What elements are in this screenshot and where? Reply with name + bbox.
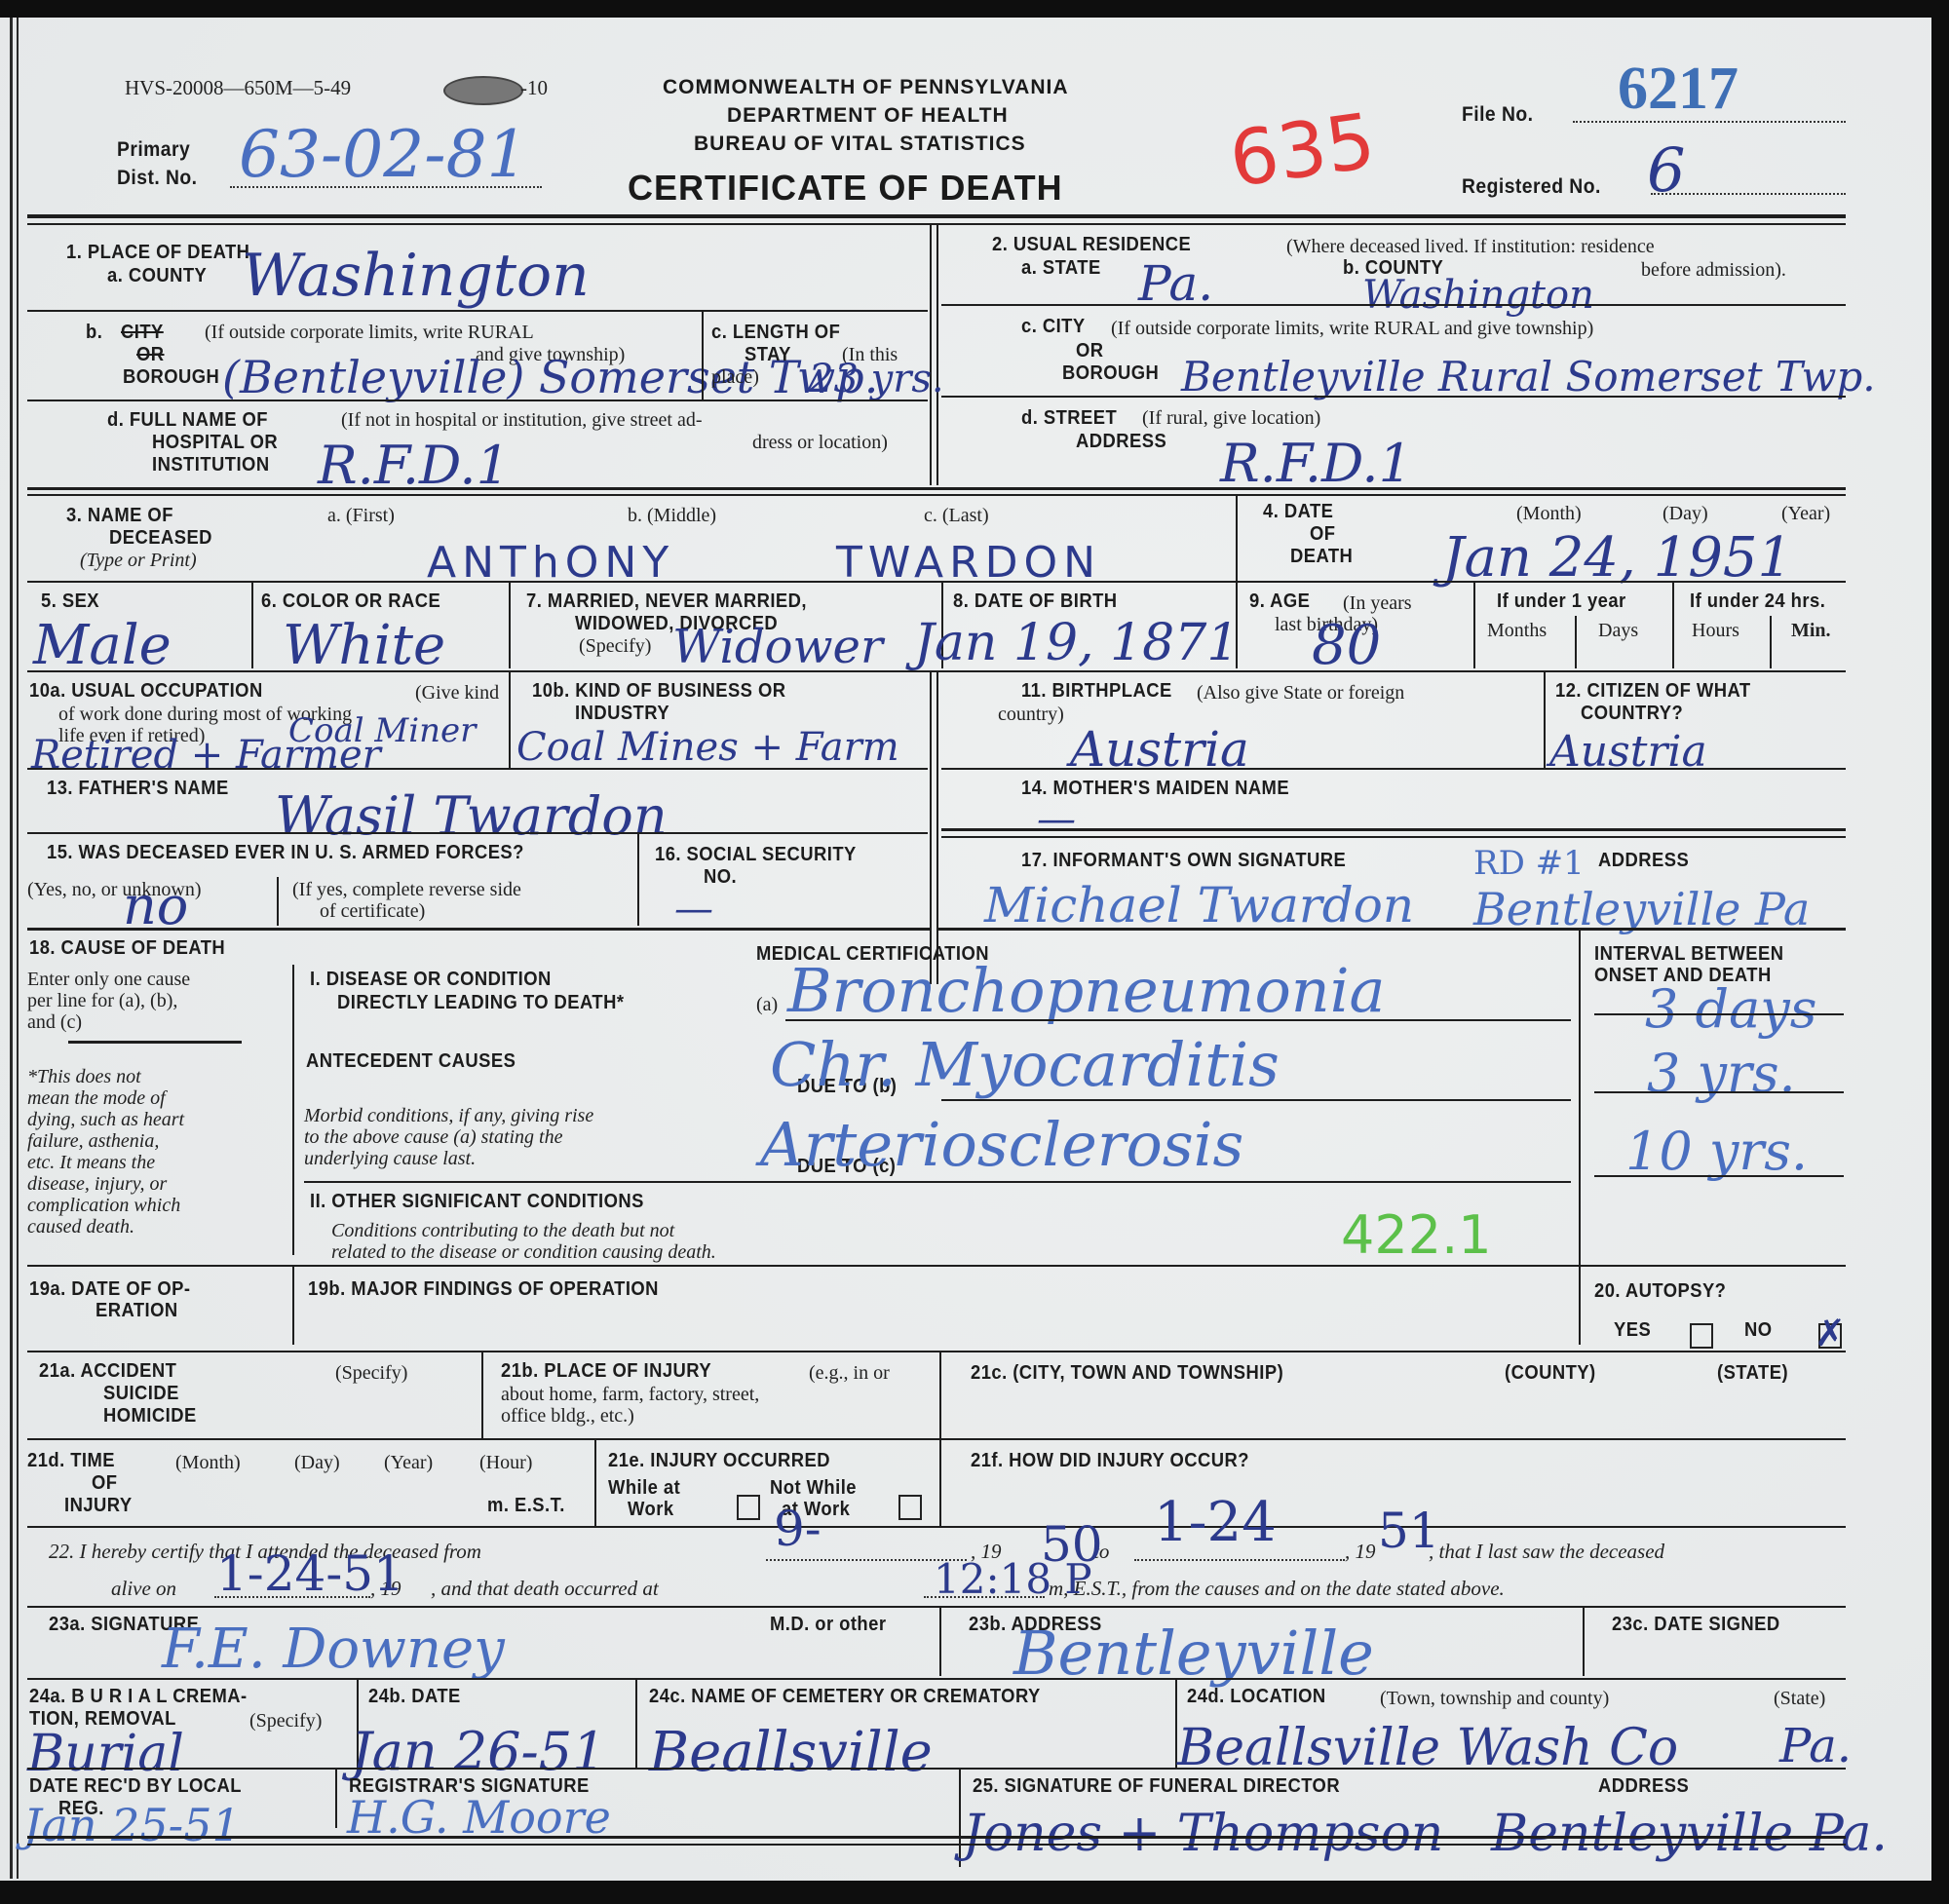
injury-place-label: 21b. PLACE OF INJURY — [501, 1360, 711, 1383]
rule — [68, 1041, 242, 1044]
business-label-2: INDUSTRY — [575, 703, 669, 725]
operation-date-label: 19a. DATE OF OP- — [29, 1278, 190, 1301]
funeral-address-label: ADDRESS — [1598, 1775, 1689, 1798]
middle-name-label: b. (Middle) — [628, 505, 716, 527]
divider — [292, 965, 294, 1255]
not-while-work-checkbox[interactable] — [898, 1495, 922, 1520]
section-rule — [937, 928, 1846, 931]
footnote-8: caused death. — [27, 1216, 134, 1238]
injury-time-label: 21d. TIME — [27, 1450, 115, 1472]
certify-line-1e: , that I last saw the deceased — [1429, 1540, 1664, 1564]
name-label-3: (Type or Print) — [80, 550, 197, 572]
divider — [1575, 616, 1577, 668]
armed-forces-label: 15. WAS DECEASED EVER IN U. S. ARMED FOR… — [47, 842, 524, 864]
divider — [1473, 583, 1475, 668]
marital-label: 7. MARRIED, NEVER MARRIED, — [526, 590, 807, 613]
residence-city-note: (If outside corporate limits, write RURA… — [1111, 318, 1593, 340]
morbid-note-2: to the above cause (a) stating the — [304, 1126, 563, 1149]
cause-instr: Enter only one cause — [27, 969, 190, 991]
under-1yr-label: If under 1 year — [1497, 590, 1626, 613]
ssn-label-2: NO. — [704, 866, 737, 889]
primary-dist-label: Primary — [117, 138, 190, 162]
burial-location-state-value: Pa. — [1779, 1719, 1852, 1773]
date-of-death-label: 4. DATE — [1263, 501, 1333, 523]
header-department: DEPARTMENT OF HEALTH — [727, 104, 1009, 128]
divider — [635, 1680, 637, 1768]
divider — [1544, 672, 1546, 768]
injury-place-note-3: office bldg., etc.) — [501, 1405, 634, 1428]
sex-label: 5. SEX — [41, 590, 99, 613]
informant-address-value-1: RD #1 — [1473, 844, 1585, 883]
morbid-note-3: underlying cause last. — [304, 1148, 476, 1170]
date-signed-label: 23c. DATE SIGNED — [1612, 1614, 1780, 1636]
rule — [1594, 1091, 1844, 1093]
injury-type-label: 21a. ACCIDENT — [39, 1360, 176, 1383]
stay-label: c. LENGTH OF — [711, 322, 840, 344]
rule — [27, 832, 928, 834]
stay-value: 23 yrs. — [809, 357, 944, 401]
usual-residence-note-2: before admission). — [1641, 259, 1786, 282]
rule — [27, 1265, 1846, 1267]
burial-specify-label: (Specify) — [249, 1710, 322, 1733]
footnote-6: disease, injury, or — [27, 1173, 167, 1196]
interval-b-value: 3 yrs. — [1647, 1043, 1796, 1104]
divider — [1236, 495, 1238, 581]
rule — [27, 1526, 1846, 1528]
death-time-value: 12:18 P — [934, 1555, 1092, 1603]
marital-value: Widower — [672, 620, 883, 674]
while-at-work-checkbox[interactable] — [737, 1495, 760, 1520]
primary-dist-value: 63-02-81 — [239, 117, 528, 192]
line-a-marker: (a) — [756, 994, 778, 1016]
operation-findings-label: 19b. MAJOR FINDINGS OF OPERATION — [308, 1278, 659, 1301]
race-value: White — [283, 614, 445, 677]
age-label-2: (In years — [1343, 592, 1412, 615]
cemetery-label: 24c. NAME OF CEMETERY OR CREMATORY — [649, 1686, 1041, 1708]
birthplace-note: (Also give State or foreign — [1197, 682, 1404, 704]
armed-forces-note-3: of certificate) — [320, 900, 425, 923]
name-label-2: DECEASED — [109, 527, 212, 550]
footnote-3: dying, such as heart — [27, 1109, 184, 1131]
hospital-label-3: INSTITUTION — [152, 454, 270, 476]
injury-month-label: (Month) — [175, 1452, 241, 1474]
ssn-label: 16. SOCIAL SECURITY — [655, 844, 857, 866]
burial-location-note: (Town, township and county) — [1380, 1688, 1609, 1710]
footnote-2: mean the mode of — [27, 1087, 166, 1110]
rule — [941, 1099, 1571, 1101]
other-conditions-label: II. OTHER SIGNIFICANT CONDITIONS — [310, 1191, 644, 1213]
rule — [1594, 1013, 1844, 1015]
interval-a-value: 3 days — [1645, 978, 1817, 1040]
rule — [27, 1351, 1846, 1352]
citizen-label-2: COUNTRY? — [1581, 703, 1683, 725]
business-label: 10b. KIND OF BUSINESS OR — [532, 680, 786, 703]
informant-value: Michael Twardon — [984, 877, 1414, 933]
autopsy-no-label: NO — [1744, 1319, 1773, 1342]
rule — [27, 581, 1846, 583]
divider — [481, 1352, 483, 1438]
not-while-work-label: Not While — [770, 1477, 857, 1500]
hospital-label: d. FULL NAME OF — [107, 409, 268, 432]
section-rule-2 — [27, 494, 1846, 496]
left-border-inner — [17, 18, 19, 1879]
rule — [27, 1678, 1846, 1680]
divider — [1672, 583, 1674, 668]
usual-residence-label: 2. USUAL RESIDENCE — [992, 234, 1191, 256]
race-label: 6. COLOR OR RACE — [261, 590, 440, 613]
bottom-rule-2 — [27, 1844, 1846, 1846]
cause-b-value: Chr. Myocarditis — [770, 1029, 1280, 1100]
while-at-work-label-2: Work — [628, 1499, 674, 1521]
burial-location-label: 24d. LOCATION — [1187, 1686, 1326, 1708]
street-label-2: ADDRESS — [1076, 431, 1166, 453]
days-label: Days — [1598, 620, 1638, 642]
last-name-label: c. (Last) — [924, 505, 989, 527]
divider — [335, 1770, 337, 1828]
last-seen-value: 1-24-51 — [216, 1545, 404, 1602]
injury-time-label-3: INJURY — [64, 1495, 133, 1517]
divider — [509, 583, 511, 668]
stay-label-2: STAY — [745, 344, 791, 366]
cause-code: 422.1 — [1341, 1204, 1492, 1266]
header-bureau: BUREAU OF VITAL STATISTICS — [694, 133, 1026, 156]
autopsy-yes-label: YES — [1614, 1319, 1651, 1342]
form-code-suffix: -10 — [520, 76, 548, 100]
union-label-emblem — [443, 76, 523, 105]
interval-c-value: 10 yrs. — [1625, 1121, 1808, 1182]
father-label: 13. FATHER'S NAME — [47, 778, 229, 800]
injury-location-label: 21c. (CITY, TOWN AND TOWNSHIP) — [971, 1362, 1283, 1385]
attended-from-value: 9- — [774, 1501, 822, 1557]
injury-time-label-2: OF — [92, 1472, 117, 1495]
birthplace-label: 11. BIRTHPLACE — [1021, 680, 1172, 703]
father-value: Wasil Twardon — [275, 785, 668, 847]
morbid-note: Morbid conditions, if any, giving rise — [304, 1105, 593, 1127]
rule — [941, 396, 1846, 398]
funeral-director-signature: Jones + Thompson — [963, 1805, 1443, 1863]
header-rule — [27, 214, 1846, 218]
cemetery-value: Beallsville — [649, 1721, 933, 1784]
informant-address-label: ADDRESS — [1598, 850, 1689, 872]
divider — [509, 672, 511, 768]
stay-note-2: place) — [711, 366, 759, 389]
divider — [594, 1440, 596, 1526]
attended-to-year: 51 — [1378, 1503, 1440, 1559]
city-or-label: OR — [136, 344, 165, 366]
other-conditions-note: Conditions contributing to the death but… — [331, 1220, 674, 1242]
month-label: (Month) — [1516, 503, 1582, 525]
divider — [1583, 1608, 1585, 1676]
residence-borough-label: BOROUGH — [1062, 362, 1159, 385]
county-value: Washington — [242, 242, 590, 310]
other-conditions-note-2: related to the disease or condition caus… — [331, 1241, 716, 1264]
rule — [27, 1768, 1846, 1770]
injury-place-note: (e.g., in or — [809, 1362, 890, 1385]
burial-location-state-label: (State) — [1774, 1688, 1825, 1710]
sex-value: Male — [33, 614, 172, 677]
cause-c-value: Arteriosclerosis — [760, 1109, 1243, 1180]
disease-label: I. DISEASE OR CONDITION — [310, 969, 552, 991]
bottom-rule — [27, 1836, 1846, 1839]
day-label: (Day) — [1662, 503, 1708, 525]
months-label: Months — [1487, 620, 1547, 642]
certify-line-1d: , 19 — [1345, 1540, 1376, 1564]
age-label: 9. AGE — [1249, 590, 1310, 613]
ssn-value: — — [674, 887, 713, 932]
date-of-death-label-2: OF — [1310, 523, 1335, 546]
page-title: CERTIFICATE OF DEATH — [628, 168, 1063, 209]
occupation-note: (Give kind — [415, 682, 499, 704]
rule — [941, 304, 1846, 306]
footnote-4: failure, asthenia, — [27, 1130, 159, 1153]
city-borough-label: BOROUGH — [123, 366, 219, 389]
attended-to-value: 1-24 — [1154, 1491, 1277, 1554]
injury-type-label-3: HOMICIDE — [103, 1405, 197, 1428]
certify-line-2d: m, E.S.T., from the causes and on the da… — [1049, 1577, 1505, 1601]
city-note: (If outside corporate limits, write RURA… — [205, 322, 534, 344]
birthplace-note-2: country) — [998, 704, 1064, 726]
residence-county-value: Washington — [1362, 273, 1594, 318]
rule — [941, 768, 1846, 770]
file-no-label: File No. — [1462, 103, 1533, 127]
divider — [1770, 616, 1772, 668]
business-value: Coal Mines + Farm — [516, 725, 899, 770]
section-rule — [27, 928, 930, 931]
citizen-label: 12. CITIZEN OF WHAT — [1555, 680, 1751, 703]
county-label: a. COUNTY — [107, 265, 207, 287]
occupation-label: 10a. USUAL OCCUPATION — [29, 680, 263, 703]
divider — [251, 583, 253, 668]
cause-a-value: Bronchopneumonia — [787, 955, 1386, 1026]
place-of-death-label: 1. PLACE OF DEATH — [66, 242, 249, 264]
injury-county-label: (COUNTY) — [1505, 1362, 1596, 1385]
divider — [936, 672, 938, 984]
footnote-5: etc. It means the — [27, 1152, 155, 1174]
primary-dist-label-2: Dist. No. — [117, 167, 197, 190]
registered-no-label: Registered No. — [1462, 175, 1601, 199]
divider — [939, 1608, 941, 1676]
dob-label: 8. DATE OF BIRTH — [953, 590, 1118, 613]
rule — [941, 836, 1846, 838]
state-label: a. STATE — [1021, 257, 1101, 280]
informant-label: 17. INFORMANT'S OWN SIGNATURE — [1021, 850, 1346, 872]
funeral-director-label: 25. SIGNATURE OF FUNERAL DIRECTOR — [973, 1775, 1340, 1798]
residence-city-label: c. CITY — [1021, 316, 1086, 338]
divider — [1236, 583, 1238, 668]
form-code: HVS-20008—650M—5-49 — [125, 76, 351, 100]
occupation-value-2: Retired + Farmer — [31, 733, 381, 778]
armed-forces-note-2: (If yes, complete reverse side — [292, 879, 521, 901]
date-received-label: DATE REC'D BY LOCAL — [29, 1775, 242, 1798]
interval-label: INTERVAL BETWEEN — [1594, 943, 1783, 966]
injury-how-label: 21f. HOW DID INJURY OCCUR? — [971, 1450, 1249, 1472]
injury-specify-label: (Specify) — [335, 1362, 407, 1385]
divider — [277, 877, 279, 926]
rule — [1594, 1175, 1844, 1177]
rule — [27, 1438, 1846, 1440]
section-rule — [27, 487, 1846, 490]
rule — [785, 1019, 1571, 1021]
injury-occurred-label: 21e. INJURY OCCURRED — [608, 1450, 830, 1472]
physician-signature: F.E. Downey — [162, 1618, 505, 1681]
rule — [27, 1606, 1846, 1608]
age-value: 80 — [1312, 614, 1381, 677]
cause-instr-3: and (c) — [27, 1011, 82, 1034]
injury-state-label: (STATE) — [1717, 1362, 1788, 1385]
burial-date-label: 24b. DATE — [368, 1686, 461, 1708]
attended-to-line — [1134, 1559, 1345, 1561]
cause-of-death-label: 18. CAUSE OF DEATH — [29, 937, 225, 960]
under-24h-label: If under 24 hrs. — [1690, 590, 1825, 613]
burial-date-value: Jan 26-51 — [351, 1721, 605, 1782]
header-commonwealth: COMMONWEALTH OF PENNSYLVANIA — [663, 76, 1068, 99]
date-of-death-label-3: DEATH — [1290, 546, 1353, 568]
divider — [292, 1267, 294, 1345]
antecedent-label: ANTECEDENT CAUSES — [306, 1050, 516, 1073]
footnote-7: complication which — [27, 1195, 180, 1217]
registered-no-value: 6 — [1647, 134, 1685, 206]
divider — [702, 312, 704, 400]
funeral-address-value: Bentleyville Pa. — [1491, 1805, 1888, 1863]
certify-line-2a: alive on — [111, 1577, 176, 1601]
injury-year-label: (Year) — [384, 1452, 433, 1474]
file-no-value: 6217 — [1618, 55, 1739, 124]
street-note: (If rural, give location) — [1142, 407, 1320, 430]
hospital-label-2: HOSPITAL OR — [152, 432, 278, 454]
street-value: R.F.D.1 — [1220, 433, 1412, 494]
injury-type-label-2: SUICIDE — [103, 1383, 179, 1405]
hours-label: Hours — [1692, 620, 1739, 642]
rule — [27, 400, 928, 401]
residence-or-label: OR — [1076, 340, 1104, 362]
certify-line-2c: , and that death occurred at — [431, 1577, 659, 1601]
autopsy-yes-checkbox[interactable] — [1690, 1323, 1713, 1349]
dob-value: Jan 19, 1871 — [914, 614, 1239, 672]
autopsy-label: 20. AUTOPSY? — [1594, 1280, 1726, 1303]
autopsy-no-check-icon: ✗ — [1815, 1312, 1846, 1354]
while-at-work-label: While at — [608, 1477, 680, 1500]
name-label: 3. NAME OF — [66, 505, 173, 527]
city-label-b: b. — [86, 322, 102, 344]
operation-date-label-2: ERATION — [96, 1300, 178, 1322]
divider — [930, 672, 932, 984]
left-border — [10, 18, 13, 1879]
rule — [27, 768, 928, 770]
divider — [637, 834, 639, 926]
rule — [941, 828, 1846, 831]
divider — [930, 224, 932, 485]
injury-place-note-2: about home, farm, factory, street, — [501, 1384, 759, 1406]
hospital-note: (If not in hospital or institution, give… — [341, 409, 703, 432]
divider — [959, 1770, 961, 1867]
year-label: (Year) — [1781, 503, 1830, 525]
injury-est-label: m. E.S.T. — [487, 1495, 565, 1517]
divider — [936, 224, 938, 485]
first-name-label: a. (First) — [327, 505, 395, 527]
hospital-note-2: dress or location) — [752, 432, 888, 454]
cause-instr-2: per line for (a), (b), — [27, 990, 177, 1012]
injury-hour-label: (Hour) — [479, 1452, 532, 1474]
md-label: M.D. or other — [770, 1614, 886, 1636]
divider — [1579, 930, 1581, 1265]
burial-type-value: Burial — [27, 1725, 184, 1783]
injury-day-label: (Day) — [294, 1452, 340, 1474]
residence-city-value: Bentleyville Rural Somerset Twp. — [1181, 353, 1876, 400]
min-label: Min. — [1791, 620, 1831, 642]
city-label: CITY — [121, 322, 164, 344]
divider — [1579, 1267, 1581, 1345]
burial-type-label: 24a. B U R I A L CREMA- — [29, 1686, 248, 1708]
rule — [304, 1181, 1571, 1183]
marital-label-3: (Specify) — [579, 635, 651, 658]
footnote-1: *This does not — [27, 1066, 141, 1088]
usual-residence-note: (Where deceased lived. If institution: r… — [1286, 236, 1655, 258]
street-label: d. STREET — [1021, 407, 1117, 430]
rule — [27, 310, 928, 312]
disease-label-2: DIRECTLY LEADING TO DEATH* — [337, 992, 624, 1014]
